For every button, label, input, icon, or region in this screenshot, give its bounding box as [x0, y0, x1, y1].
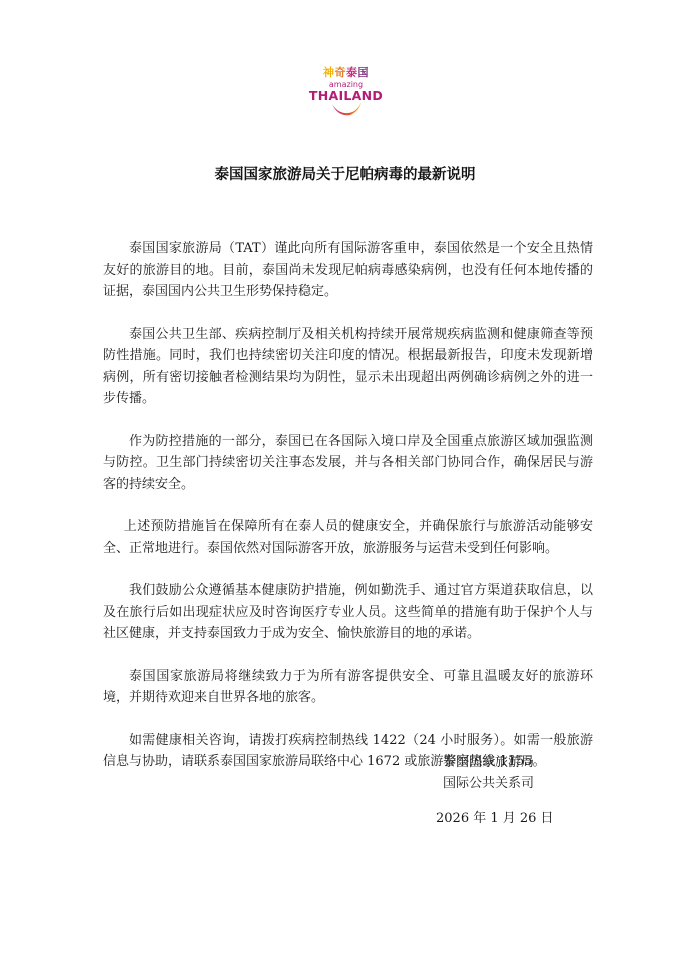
signature-org: 泰国国家旅游局	[443, 752, 534, 773]
document-title: 泰国国家旅游局关于尼帕病毒的最新说明	[0, 163, 690, 184]
document-body: 泰国国家旅游局（TAT）谨此向所有国际游客重申，泰国依然是一个安全且热情友好的旅…	[103, 238, 593, 794]
logo-char: 泰	[346, 66, 358, 79]
signature-block: 泰国国家旅游局 国际公共关系司	[443, 752, 534, 794]
logo-char: 国	[358, 66, 370, 79]
paragraph: 作为防控措施的一部分，泰国已在各国际入境口岸及全国重点旅游区域加强监测与防控。卫…	[103, 431, 593, 496]
logo-char: 奇	[335, 66, 347, 79]
logo-swoosh-icon	[326, 102, 366, 116]
paragraph: 我们鼓励公众遵循基本健康防护措施，例如勤洗手、通过官方渠道获取信息，以及在旅行后…	[103, 580, 593, 645]
signature-dept: 国际公共关系司	[443, 773, 534, 794]
paragraph: 泰国国家旅游局将继续致力于为所有游客提供安全、可靠且温暖友好的旅游环境，并期待欢…	[103, 666, 593, 709]
logo-chinese-text: 神奇泰国	[300, 66, 392, 79]
signature-date: 2026 年 1 月 26 日	[436, 807, 554, 826]
amazing-thailand-logo: 神奇泰国 amazing THAILAND	[300, 60, 392, 116]
paragraph: 上述预防措施旨在保障所有在泰人员的健康安全，并确保旅行与旅游活动能够安全、正常地…	[103, 516, 593, 559]
logo-char: 神	[323, 66, 335, 79]
paragraph: 泰国国家旅游局（TAT）谨此向所有国际游客重申，泰国依然是一个安全且热情友好的旅…	[103, 238, 593, 303]
logo-thailand-text: THAILAND	[300, 89, 392, 102]
paragraph: 泰国公共卫生部、疾病控制厅及相关机构持续开展常规疾病监测和健康筛查等预防性措施。…	[103, 324, 593, 410]
